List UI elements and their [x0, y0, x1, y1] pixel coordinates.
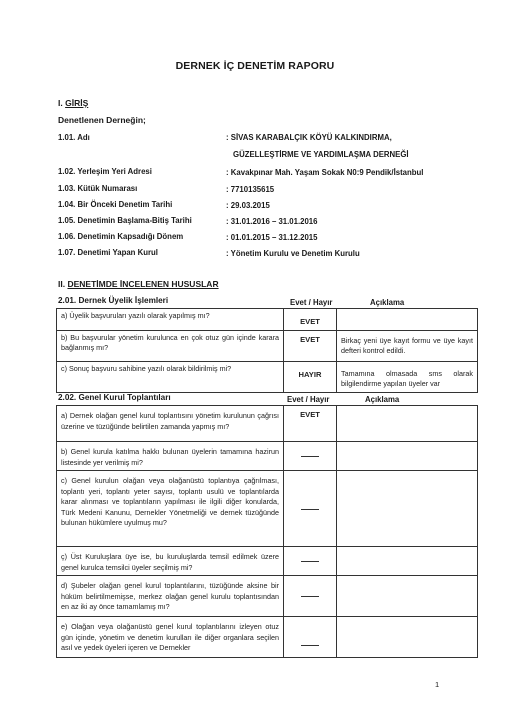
note-cell — [337, 442, 478, 471]
table-2-02-col-note: Açıklama — [365, 395, 399, 404]
answer-cell: HAYIR — [284, 361, 337, 392]
question-cell: ç) Üst Kuruluşlara üye ise, bu kuruluşla… — [57, 547, 284, 576]
table-row: a) Üyelik başvuruları yazılı olarak yapı… — [57, 309, 478, 331]
field-value-name: : SİVAS KARABALÇIK KÖYÜ KALKINDIRMA, — [226, 133, 392, 142]
field-label-address: 1.02. Yerleşim Yeri Adresi — [58, 167, 152, 176]
answer-cell — [284, 617, 337, 658]
question-cell: d) Şubeler olağan genel kurul toplantıla… — [57, 576, 284, 617]
answer-cell — [284, 471, 337, 547]
field-value-registry-no: : 7710135615 — [226, 185, 274, 194]
table-row: e) Olağan veya olağanüstü genel kurul to… — [57, 617, 478, 658]
note-cell: Tamamına olmasada sms olarak bilgilendir… — [337, 361, 478, 392]
section-2-title: DENETİMDE İNCELENEN HUSUSLAR — [67, 279, 218, 289]
table-row: c) Genel kurulun olağan veya olağanüstü … — [57, 471, 478, 547]
dash-mark — [301, 561, 319, 562]
section-2-number: II. — [58, 279, 65, 289]
question-cell: c) Genel kurulun olağan veya olağanüstü … — [57, 471, 284, 547]
table-2-01-caption: 2.01. Dernek Üyelik İşlemleri — [58, 296, 168, 305]
section-2-heading: II. DENETİMDE İNCELENEN HUSUSLAR — [58, 279, 219, 289]
note-cell — [337, 576, 478, 617]
field-label-audit-dates: 1.05. Denetimin Başlama-Bitiş Tarihi — [58, 216, 192, 225]
table-row: ç) Üst Kuruluşlara üye ise, bu kuruluşla… — [57, 547, 478, 576]
answer-cell: EVET — [284, 406, 337, 442]
field-value-audit-dates: : 31.01.2016 – 31.01.2016 — [226, 217, 317, 226]
section-1-title: GİRİŞ — [65, 98, 88, 108]
field-value-name-line2: GÜZELLEŞTİRME VE YARDIMLAŞMA DERNEĞİ — [233, 150, 409, 159]
question-cell: a) Dernek olağan genel kurul toplantısın… — [57, 406, 284, 442]
dash-mark — [301, 456, 319, 457]
dash-mark — [301, 596, 319, 597]
answer-cell — [284, 547, 337, 576]
section-1-subheading: Denetlenen Derneğin; — [58, 115, 146, 125]
field-label-previous-audit: 1.04. Bir Önceki Denetim Tarihi — [58, 200, 172, 209]
note-cell: Birkaç yeni üye kayıt formu ve üye kayıt… — [337, 330, 478, 361]
note-cell — [337, 547, 478, 576]
field-value-address: : Kavakpınar Mah. Yaşam Sokak N0:9 Pendi… — [226, 168, 423, 177]
dash-mark — [301, 645, 319, 646]
field-label-audit-period: 1.06. Denetimin Kapsadığı Dönem — [58, 232, 183, 241]
table-row: b) Genel kurula katılma hakkı bulunan üy… — [57, 442, 478, 471]
table-2-01-membership: a) Üyelik başvuruları yazılı olarak yapı… — [56, 308, 478, 393]
field-value-auditing-board: : Yönetim Kurulu ve Denetim Kurulu — [226, 249, 360, 258]
table-2-02-caption: 2.02. Genel Kurul Toplantıları — [58, 393, 171, 402]
field-label-auditing-board: 1.07. Denetimi Yapan Kurul — [58, 248, 158, 257]
table-2-01-col-note: Açıklama — [370, 298, 404, 307]
answer-cell: EVET — [284, 309, 337, 331]
table-2-02-col-answer: Evet / Hayır — [287, 395, 329, 404]
note-cell — [337, 617, 478, 658]
answer-cell — [284, 442, 337, 471]
answer-cell: EVET — [284, 330, 337, 361]
field-label-name: 1.01. Adı — [58, 133, 90, 142]
field-value-audit-period: : 01.01.2015 – 31.12.2015 — [226, 233, 317, 242]
dash-mark — [301, 509, 319, 510]
question-cell: c) Sonuç başvuru sahibine yazılı olarak … — [57, 361, 284, 392]
note-cell — [337, 406, 478, 442]
question-cell: b) Bu başvurular yönetim kurulunca en ço… — [57, 330, 284, 361]
note-cell — [337, 471, 478, 547]
section-1-heading: I. GİRİŞ — [58, 98, 88, 108]
section-1-number: I. — [58, 98, 63, 108]
table-2-02-general-assembly: a) Dernek olağan genel kurul toplantısın… — [56, 405, 478, 658]
answer-cell — [284, 576, 337, 617]
field-label-registry-no: 1.03. Kütük Numarası — [58, 184, 137, 193]
question-cell: a) Üyelik başvuruları yazılı olarak yapı… — [57, 309, 284, 331]
table-row: b) Bu başvurular yönetim kurulunca en ço… — [57, 330, 478, 361]
question-cell: e) Olağan veya olağanüstü genel kurul to… — [57, 617, 284, 658]
table-2-01-col-answer: Evet / Hayır — [290, 298, 332, 307]
table-row: a) Dernek olağan genel kurul toplantısın… — [57, 406, 478, 442]
note-cell — [337, 309, 478, 331]
field-value-previous-audit: : 29.03.2015 — [226, 201, 270, 210]
page-number: 1 — [435, 680, 439, 689]
table-row: c) Sonuç başvuru sahibine yazılı olarak … — [57, 361, 478, 392]
question-cell: b) Genel kurula katılma hakkı bulunan üy… — [57, 442, 284, 471]
table-row: d) Şubeler olağan genel kurul toplantıla… — [57, 576, 478, 617]
document-title: DERNEK İÇ DENETİM RAPORU — [0, 60, 510, 72]
